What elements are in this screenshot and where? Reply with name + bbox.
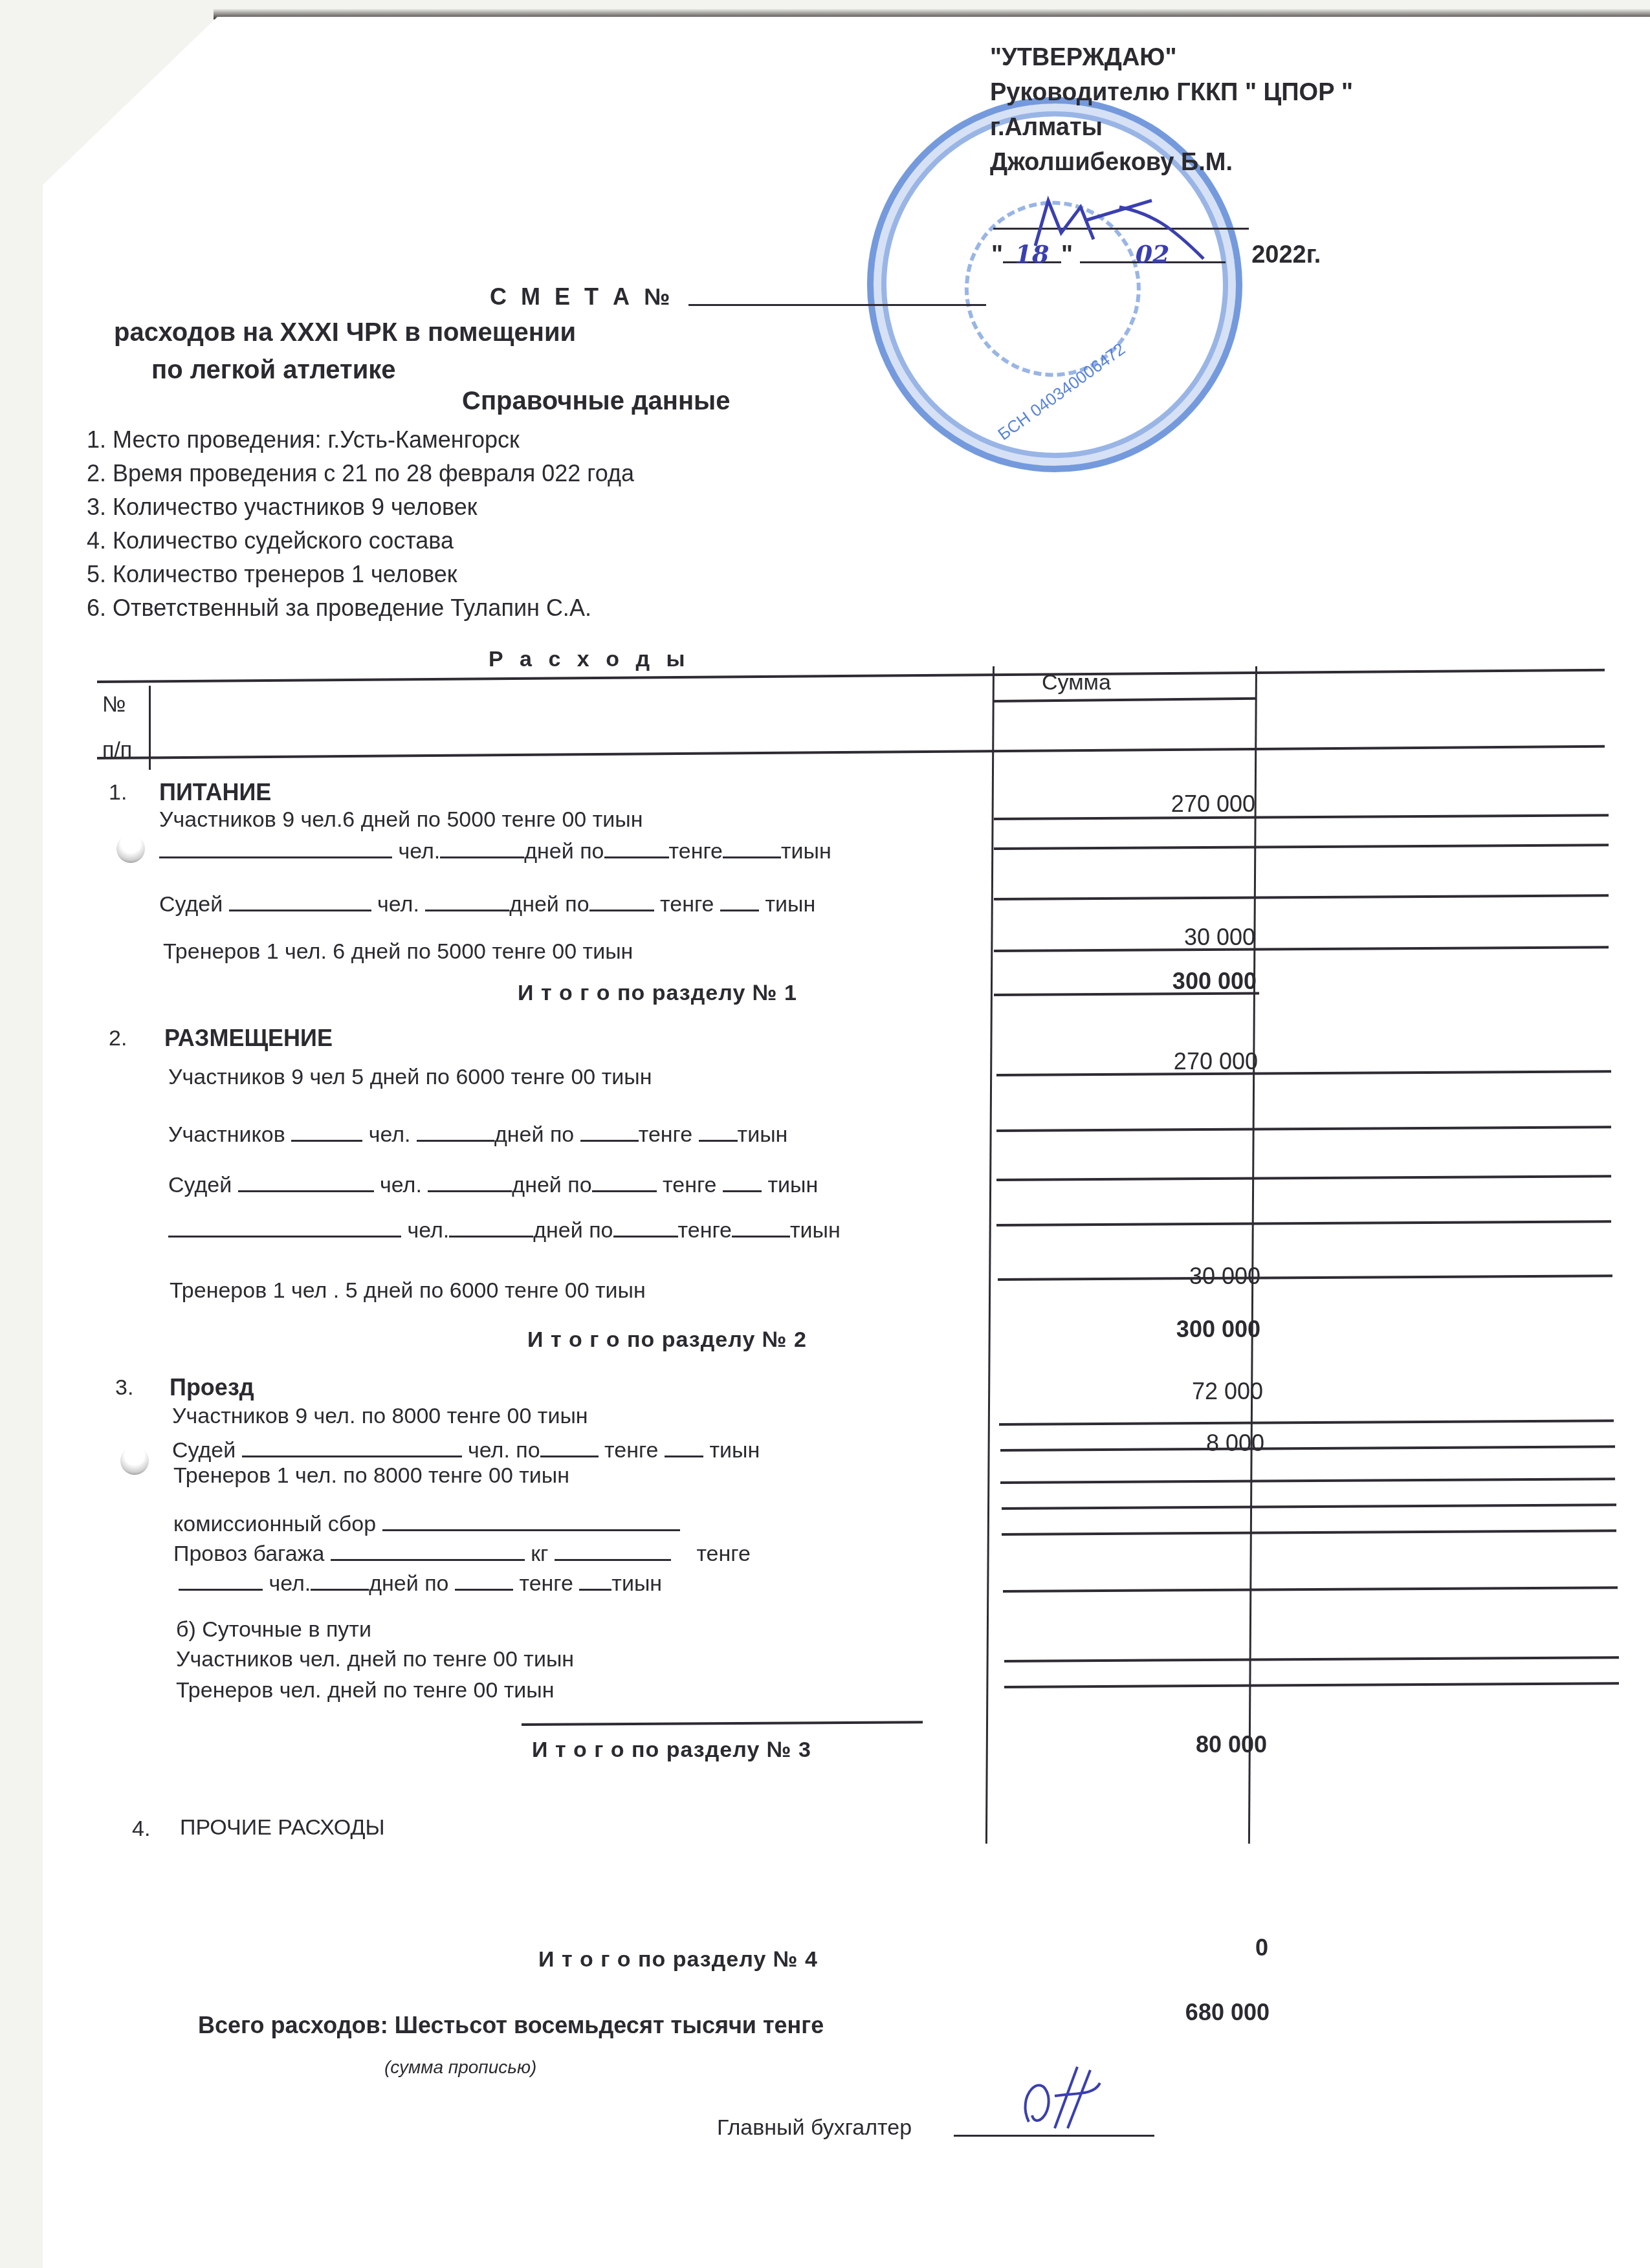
expense-line-blank: Судей чел. дней по тенге тиын	[168, 1168, 818, 1198]
expense-line: комиссионный сбор	[173, 1507, 680, 1537]
section-total: 80 000	[1008, 1731, 1267, 1758]
reference-title: Справочные данные	[462, 387, 731, 416]
grand-total-caption: (сумма прописью)	[384, 2057, 536, 2078]
accountant-signature	[1016, 2057, 1106, 2141]
section-title: ПРОЧИЕ РАСХОДЫ	[180, 1815, 385, 1840]
subsection-title: б) Суточные в пути	[176, 1617, 371, 1642]
expense-line-blank: Участников чел. дней по тенге тиын	[168, 1118, 787, 1148]
section-total-label: И т о г о по разделу № 4	[538, 1947, 818, 1972]
approval-name: Джолшибекову Б.М.	[990, 145, 1353, 180]
section-total-label: И т о г о по разделу № 1	[518, 981, 797, 1006]
section-title: Проезд	[170, 1374, 254, 1401]
approval-heading: "УТВЕРЖДАЮ"	[990, 40, 1353, 75]
expense-line-blank: чел.дней потенгетиын	[159, 834, 831, 864]
expense-line: Тренеров чел. дней по тенге 00 тиын	[176, 1678, 555, 1703]
expense-amount: 270 000	[999, 1048, 1258, 1075]
section-number: 3.	[115, 1375, 133, 1401]
reference-item: 3. Количество участников 9 человек	[87, 490, 634, 524]
approval-block: "УТВЕРЖДАЮ" Руководителю ГККП " ЦПОР " г…	[990, 40, 1353, 180]
expense-line-blank: Судей чел. дней по тенге тиын	[159, 888, 815, 917]
approval-date: "18" 02 2022г.	[991, 237, 1321, 272]
expense-amount: 30 000	[996, 924, 1255, 951]
section-total: 0	[1009, 1934, 1268, 1961]
approval-month: 02	[1080, 237, 1226, 263]
col-num-header: №	[102, 692, 126, 717]
section-total-label: И т о г о по разделу № 2	[527, 1327, 807, 1353]
expense-line-blank: Провоз багажа кг тенге	[173, 1537, 751, 1567]
reference-item: 2. Время проведения с 21 по 28 февраля 0…	[87, 457, 634, 490]
expense-line-blank: чел.дней по тенге тиын	[179, 1567, 662, 1597]
expense-line: Тренеров 1 чел. по 8000 тенге 00 тиын	[173, 1463, 569, 1488]
expenses-title: Р а с х о д ы	[489, 647, 690, 672]
expense-line: Тренеров 1 чел . 5 дней по 6000 тенге 00…	[170, 1278, 646, 1303]
expense-line: Участников 9 чел.6 дней по 5000 тенге 00…	[159, 807, 643, 833]
col-sum-header: Сумма	[1042, 670, 1111, 695]
expense-line: Участников чел. дней по тенге 00 тиын	[176, 1647, 574, 1672]
reference-item: 4. Количество судейского состава	[87, 524, 634, 558]
expense-line-blank: чел.дней потенгетиын	[168, 1214, 841, 1243]
punch-hole	[120, 1446, 149, 1475]
section-total-label: И т о г о по разделу № 3	[532, 1738, 811, 1763]
grand-total-label: Всего расходов: Шестьсот восемьдесят тыс…	[198, 2012, 824, 2039]
estimate-subtitle-2: по легкой атлетике	[151, 356, 395, 385]
expense-line: Участников 9 чел 5 дней по 6000 тенге 00…	[168, 1065, 652, 1090]
reference-item: 5. Количество тренеров 1 человек	[87, 558, 634, 591]
reference-item: 6. Ответственный за проведение Тулапин С…	[87, 591, 634, 625]
reference-item: 1. Место проведения: г.Усть-Каменгорск	[87, 423, 634, 457]
approval-year: 2022г.	[1251, 241, 1321, 268]
expense-amount: 270 000	[996, 791, 1255, 818]
section-title: ПИТАНИЕ	[159, 779, 271, 806]
estimate-number-line	[688, 304, 986, 306]
punch-hole	[116, 834, 145, 863]
expense-amount: 72 000	[1004, 1378, 1263, 1405]
section-number: 2.	[109, 1026, 127, 1051]
reference-list: 1. Место проведения: г.Усть-Каменгорск 2…	[87, 423, 634, 625]
expense-line-blank: Судей чел. по тенге тиын	[172, 1434, 760, 1463]
section-total: 300 000	[1002, 1316, 1260, 1343]
expense-amount: 8 000	[1006, 1430, 1264, 1457]
grand-total-amount: 680 000	[1011, 1999, 1270, 2026]
section-total: 300 000	[998, 968, 1257, 995]
estimate-title: С М Е Т А №	[490, 283, 674, 311]
section-title: РАЗМЕЩЕНИЕ	[164, 1025, 333, 1052]
accountant-label: Главный бухгалтер	[717, 2115, 912, 2141]
section-number: 4.	[132, 1816, 150, 1842]
approval-position: Руководителю ГККП " ЦПОР "	[990, 75, 1353, 110]
expense-line: Тренеров 1 чел. 6 дней по 5000 тенге 00 …	[163, 939, 633, 965]
approval-day: 18	[1003, 237, 1061, 263]
section-number: 1.	[109, 780, 127, 805]
estimate-subtitle-1: расходов на XXXI ЧРК в помещении	[114, 318, 576, 347]
approval-city: г.Алматы	[990, 110, 1353, 145]
expense-line: Участников 9 чел. по 8000 тенге 00 тиын	[172, 1404, 588, 1429]
